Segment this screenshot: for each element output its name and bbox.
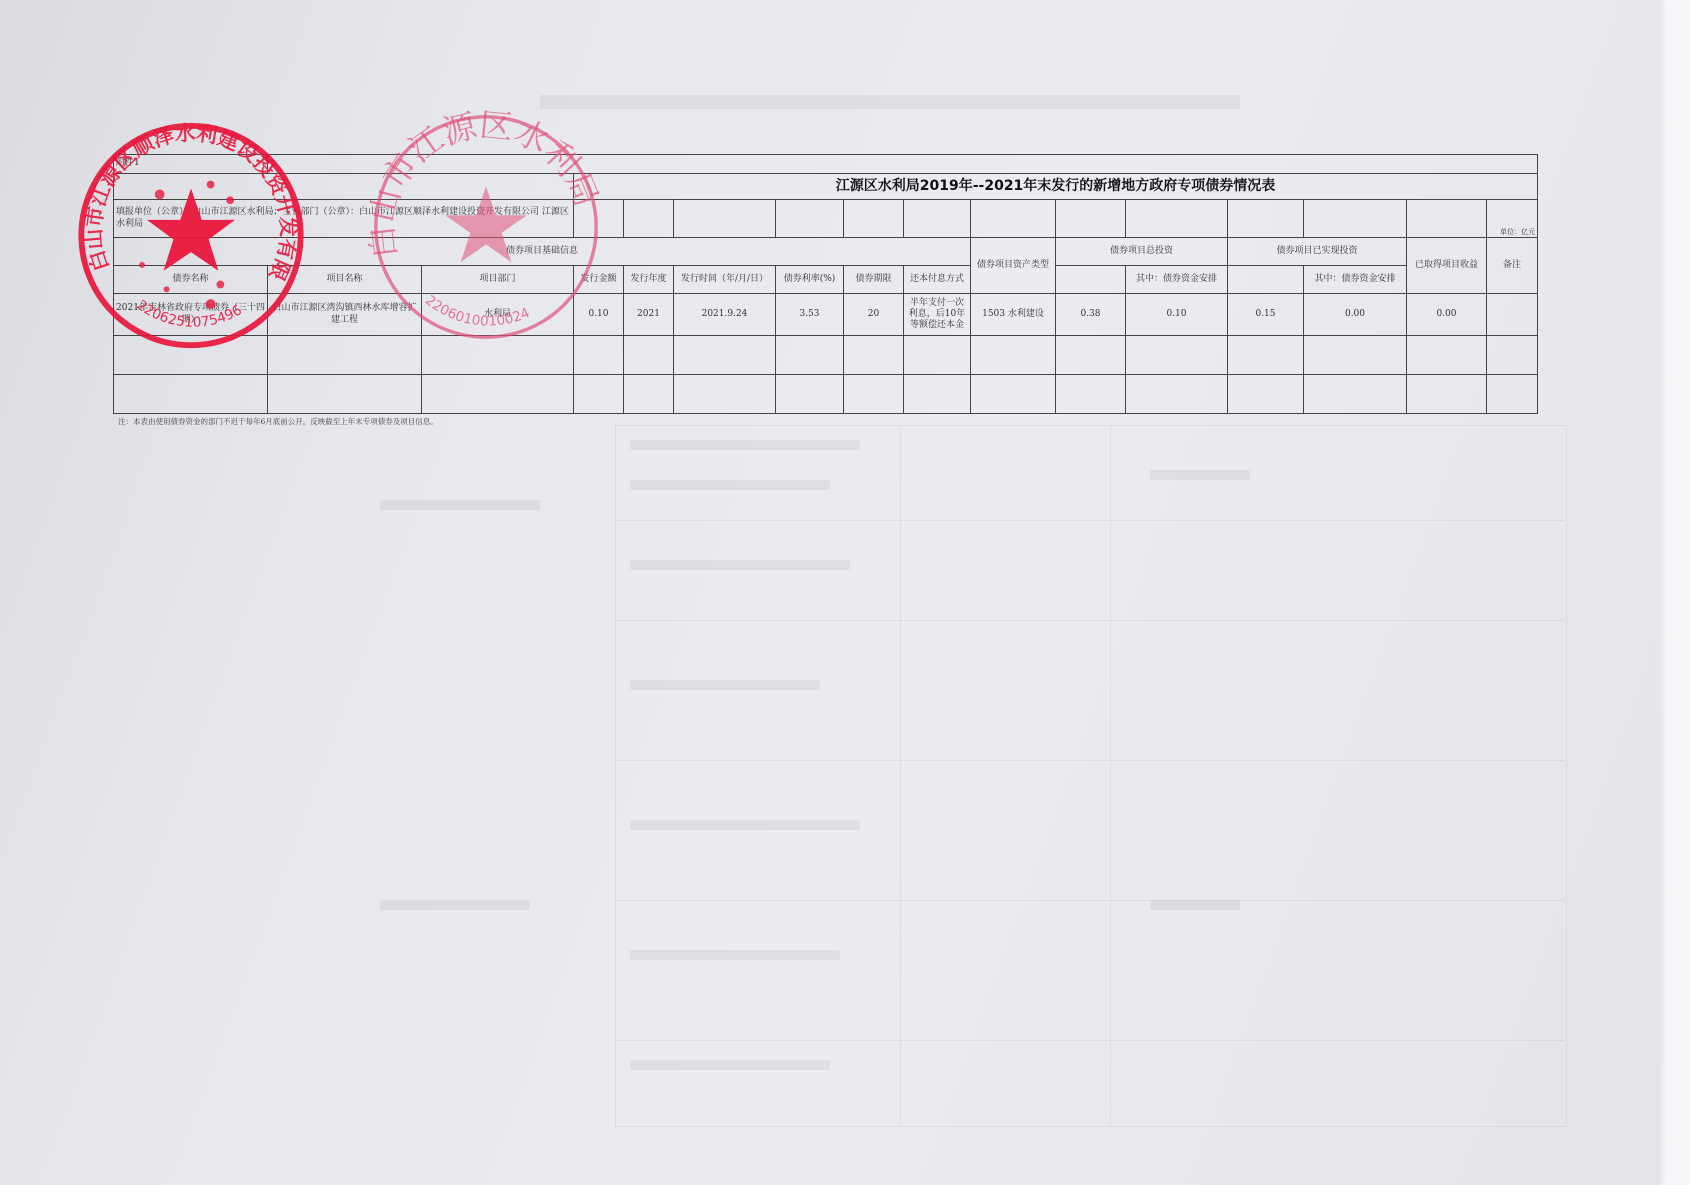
col-bond-name: 债券名称 bbox=[114, 266, 268, 294]
bleed-through-text bbox=[630, 440, 860, 450]
bond-report: 附件1 江源区水利局2019年--2021年末发行的新增地方政府专项债券情况表 … bbox=[113, 154, 1537, 414]
cell-realized-of-which-bond: 0.00 bbox=[1304, 294, 1407, 336]
col-realized-of-which-bond: 其中：债券资金安排 bbox=[1304, 266, 1407, 294]
col-asset-type: 债券项目资产类型 bbox=[971, 238, 1056, 294]
attachment-label: 附件1 bbox=[114, 155, 268, 174]
bleed-through-line bbox=[1110, 425, 1111, 1125]
footnote: 注：本表由使用债券资金的部门不迟于每年6月底前公开，反映截至上年末专项债券及项目… bbox=[118, 416, 438, 427]
col-term: 债券期限 bbox=[844, 266, 904, 294]
cell-issue-amount: 0.10 bbox=[574, 294, 624, 336]
table-row: 2021年吉林省政府专项债券（三十四期） 白山市江源区湾沟镇西林水库增容扩建工程… bbox=[114, 294, 1538, 336]
bond-table: 附件1 江源区水利局2019年--2021年末发行的新增地方政府专项债券情况表 … bbox=[113, 154, 1538, 414]
bleed-through-text bbox=[1150, 900, 1240, 910]
unit-label: 单位：亿元 bbox=[1487, 200, 1538, 238]
col-earned-income: 已取得项目收益 bbox=[1407, 238, 1487, 294]
col-issue-amount: 发行金额 bbox=[574, 266, 624, 294]
col-remarks: 备注 bbox=[1487, 238, 1538, 294]
cell-earned-income: 0.00 bbox=[1407, 294, 1487, 336]
bleed-through-text bbox=[630, 820, 860, 830]
cell-repayment: 半年支付一次利息，后10年等额偿还本金 bbox=[904, 294, 971, 336]
bleed-through-text bbox=[630, 950, 840, 960]
col-total-investment: 债券项目总投资 bbox=[1056, 238, 1228, 266]
col-project-dept: 项目部门 bbox=[422, 266, 574, 294]
cell-project-name: 白山市江源区湾沟镇西林水库增容扩建工程 bbox=[268, 294, 422, 336]
col-issue-date: 发行时间（年/月/日） bbox=[674, 266, 776, 294]
bleed-through-line bbox=[615, 1040, 1565, 1041]
cell-total-of-which-bond: 0.10 bbox=[1126, 294, 1228, 336]
bleed-through-text bbox=[1150, 470, 1250, 480]
col-project-name: 项目名称 bbox=[268, 266, 422, 294]
bleed-through-line bbox=[615, 520, 1565, 521]
col-total-of-which-bond: 其中：债券资金安排 bbox=[1126, 266, 1228, 294]
bleed-through-text bbox=[630, 560, 850, 570]
bleed-through-text bbox=[630, 680, 820, 690]
cell-total-investment: 0.38 bbox=[1056, 294, 1126, 336]
bleed-through-line bbox=[615, 900, 1565, 901]
bleed-through-table bbox=[615, 425, 1567, 1127]
cell-issue-date: 2021.9.24 bbox=[674, 294, 776, 336]
cell-realized-investment: 0.15 bbox=[1228, 294, 1304, 336]
cell-remarks bbox=[1487, 294, 1538, 336]
bleed-through-text bbox=[630, 1060, 830, 1070]
bleed-through-text bbox=[630, 480, 830, 490]
cell-project-dept: 水利局 bbox=[422, 294, 574, 336]
cell-term: 20 bbox=[844, 294, 904, 336]
table-row-empty bbox=[114, 336, 1538, 375]
bleed-through-line bbox=[615, 620, 1565, 621]
section-header: 债券项目基础信息 bbox=[114, 238, 971, 266]
bleed-through-text bbox=[380, 900, 530, 910]
col-realized-investment: 债券项目已实现投资 bbox=[1228, 238, 1407, 266]
col-issue-year: 发行年度 bbox=[624, 266, 674, 294]
col-interest-rate: 债券利率(%) bbox=[776, 266, 844, 294]
table-row-empty bbox=[114, 375, 1538, 414]
col-repayment: 还本付息方式 bbox=[904, 266, 971, 294]
cell-interest-rate: 3.53 bbox=[776, 294, 844, 336]
cell-bond-name: 2021年吉林省政府专项债券（三十四期） bbox=[114, 294, 268, 336]
cell-issue-year: 2021 bbox=[624, 294, 674, 336]
filing-unit-line: 填报单位（公章）：白山市江源区水利局；主管部门（公章）：白山市江源区顺泽水利建设… bbox=[114, 200, 574, 238]
bleed-through-title bbox=[540, 95, 1240, 109]
bleed-through-line bbox=[615, 760, 1565, 761]
report-title: 江源区水利局2019年--2021年末发行的新增地方政府专项债券情况表 bbox=[574, 174, 1538, 200]
cell-asset-type: 1503 水利建设 bbox=[971, 294, 1056, 336]
bleed-through-line bbox=[900, 425, 901, 1125]
bleed-through-text bbox=[380, 500, 540, 510]
